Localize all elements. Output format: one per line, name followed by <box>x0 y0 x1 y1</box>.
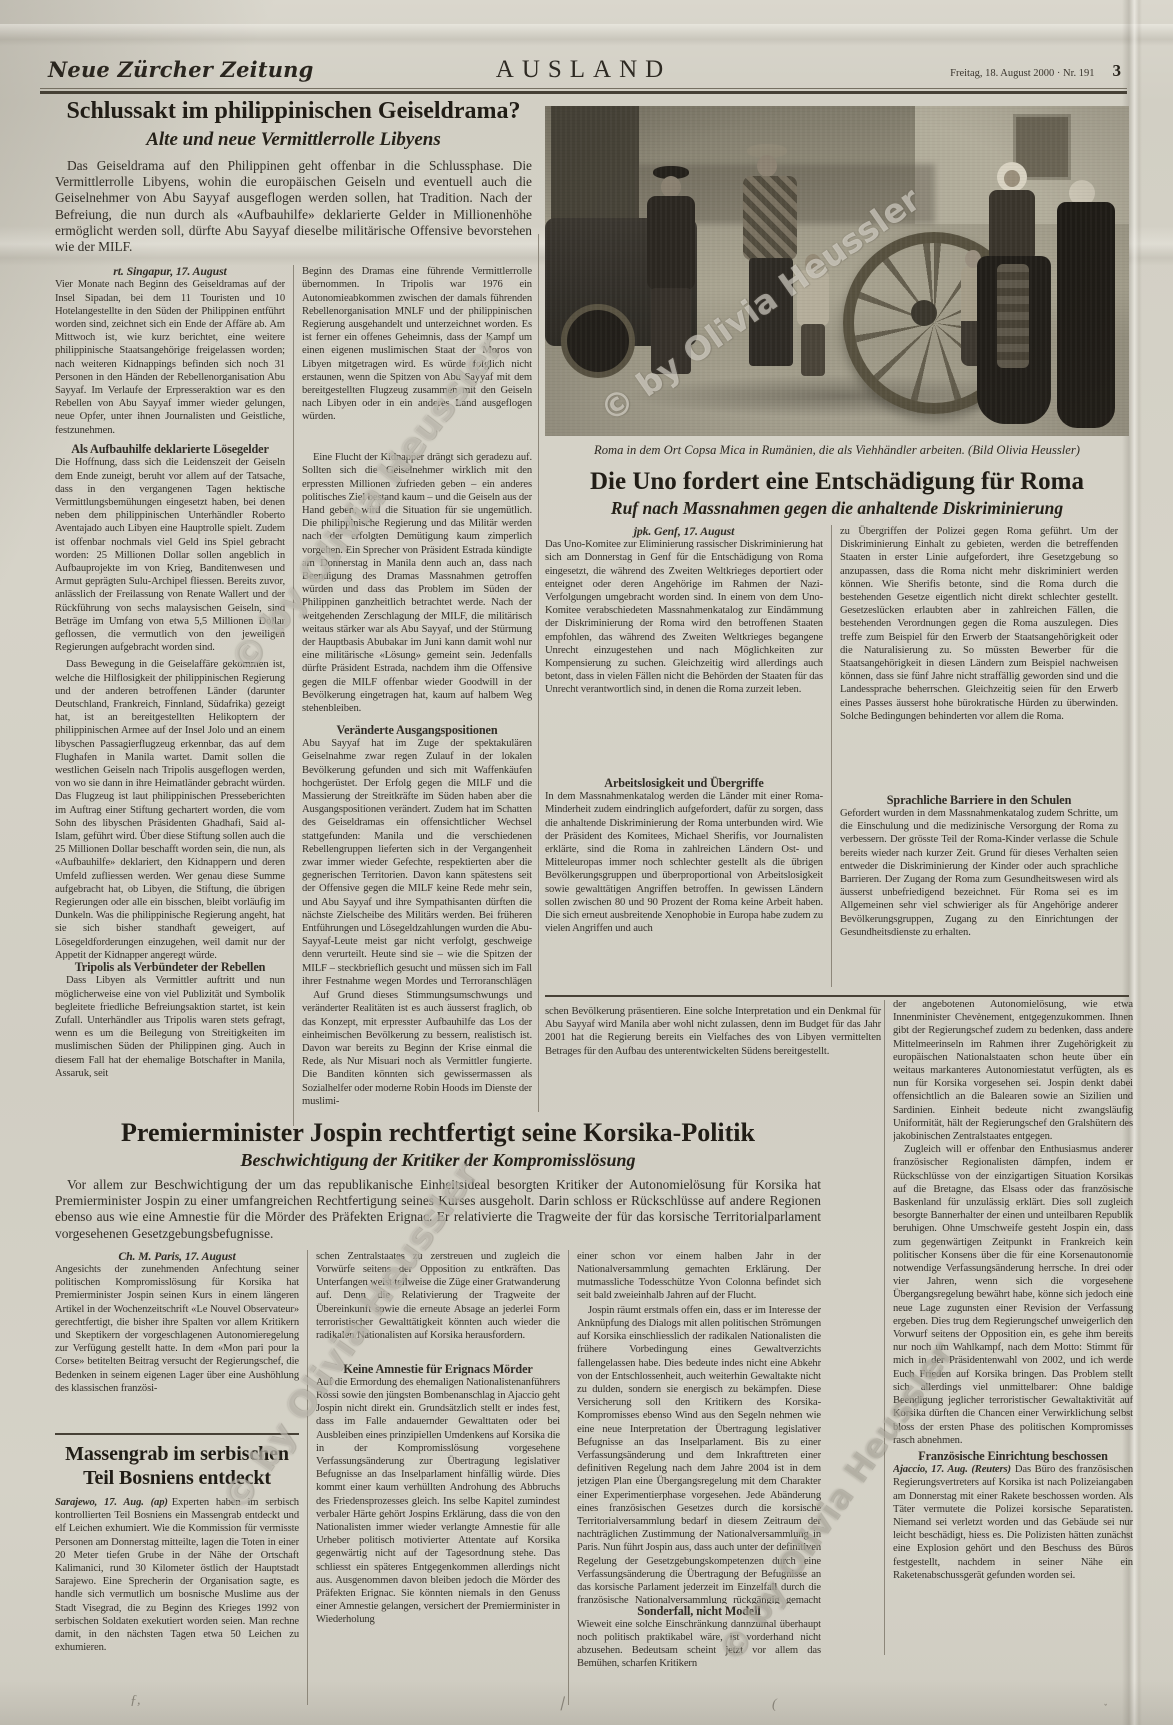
article-rule <box>55 1433 299 1435</box>
subheading: Sonderfall, nicht Modell <box>577 1604 821 1618</box>
subheading: Tripolis als Verbündeter der Rebellen <box>55 960 285 974</box>
article-subtitle: Alte und neue Vermittlerrolle Libyens <box>55 128 532 151</box>
column-2: Beginn des Dramas eine führende Vermittl… <box>302 265 532 1126</box>
paragraph: Abu Sayyaf hat im Zuge der spektakulären… <box>302 737 532 989</box>
paragraph: schen Zentralstaates zu zerstreuen und z… <box>316 1250 560 1342</box>
paragraph: Vier Monate nach Beginn des Geiseldramas… <box>55 278 285 436</box>
section-rule <box>545 995 1129 997</box>
subheading: Keine Amnestie für Erignacs Mörder <box>316 1362 560 1376</box>
paragraph: Dass Bewegung in die Geiselaffäre gekomm… <box>55 658 285 960</box>
article-byline: Sarajewo, 17. Aug. (ap) <box>55 1497 168 1508</box>
column-1: rt. Singapur, 17. August Vier Monate nac… <box>55 265 285 1126</box>
article-bosnia: Massengrab im serbischen Teil Bosniens e… <box>55 1433 299 1654</box>
paragraph: Die Hoffnung, dass sich die Leidenszeit … <box>55 456 285 654</box>
article-byline: jpk. Genf, 17. August <box>545 525 823 538</box>
pen-mark: ˯ <box>1104 1692 1109 1708</box>
jospin-right-column: der angebotenen Autonomielösung, wie etw… <box>893 998 1133 1658</box>
page-number: 3 <box>1113 61 1122 80</box>
article-byline: Ajaccio, 17. Aug. (Reuters) <box>893 1464 1011 1475</box>
right-block: © by Olivia Heussler Roma in dem Ort Cop… <box>545 106 1129 1058</box>
column-rule <box>293 265 294 1126</box>
paragraph: schen Bevölkerung präsentieren. Eine sol… <box>545 1005 881 1058</box>
paragraph: Angesichts der zunehmenden Anfechtung se… <box>55 1263 299 1395</box>
paragraph: Auf Grund dieses Stimmungsumschwungs und… <box>302 989 532 1108</box>
column-rule <box>884 1000 885 1655</box>
article-jospin: Premierminister Jospin rechtfertigt sein… <box>55 1118 821 1705</box>
paragraph: Auf die Ermordung des ehemaligen Nationa… <box>316 1376 560 1627</box>
article-photo: © by Olivia Heussler <box>545 106 1129 436</box>
paragraph-text: Experten haben im serbisch kontrollierte… <box>55 1497 299 1653</box>
column-2: zu Übergriffen der Polizei gegen Roma ge… <box>840 525 1118 987</box>
philippines-continuation: schen Bevölkerung präsentieren. Eine sol… <box>545 1005 881 1058</box>
paragraph: In dem Massnahmenkatalog werden die Länd… <box>545 790 823 935</box>
subheading: Veränderte Ausgangspositionen <box>302 723 532 737</box>
paragraph-text: Das Büro des französischen Regierungsver… <box>893 1464 1133 1581</box>
subheading: Sprachliche Barriere in den Schulen <box>840 793 1118 807</box>
column-rule <box>538 234 539 1112</box>
paragraph: Sarajewo, 17. Aug. (ap)Experten haben im… <box>55 1496 299 1654</box>
column-1: jpk. Genf, 17. August Das Uno-Komitee zu… <box>545 525 823 987</box>
paragraph: der angebotenen Autonomielösung, wie etw… <box>893 998 1133 1143</box>
paragraph: Eine Flucht der Kidnapper drängt sich ge… <box>302 451 532 715</box>
paragraph: Das Uno-Komitee zur Eliminierung rassisc… <box>545 538 823 696</box>
column-rule <box>831 525 832 987</box>
article-lead: Das Geiseldrama auf den Philippinen geht… <box>55 158 532 255</box>
masthead: Neue Zürcher Zeitung AUSLAND Freitag, 18… <box>40 44 1127 86</box>
paragraph: Dass Libyen als Vermittler auftritt und … <box>55 974 285 1080</box>
article-byline: rt. Singapur, 17. August <box>55 265 285 278</box>
paragraph: Wieweit eine solche Einschränkung dannzu… <box>577 1618 821 1671</box>
article-subtitle: Beschwichtigung der Kritiker der Komprom… <box>55 1149 821 1171</box>
article-headline: Die Uno fordert eine Entschädigung für R… <box>545 467 1129 497</box>
article-headline: Premierminister Jospin rechtfertigt sein… <box>55 1118 821 1148</box>
article-lead: Vor allem zur Beschwichtigung der um das… <box>55 1177 821 1242</box>
article-headline: Schlussakt im philippinischen Geiseldram… <box>55 96 532 126</box>
paragraph: einer schon vor einem halben Jahr in der… <box>577 1250 821 1303</box>
newspaper-page: Neue Zürcher Zeitung AUSLAND Freitag, 18… <box>0 0 1173 1725</box>
article-uno: Die Uno fordert eine Entschädigung für R… <box>545 467 1129 987</box>
dateline: Freitag, 18. August 2000 · Nr. 1913 <box>950 61 1121 81</box>
pen-mark: ❘ <box>556 1695 568 1712</box>
pen-mark: ƒ, <box>130 1693 141 1709</box>
column-2: schen Zentralstaates zu zerstreuen und z… <box>316 1250 560 1705</box>
column-1: Ch. M. Paris, 17. August Angesichts der … <box>55 1250 299 1705</box>
paragraph: Jospin räumt erstmals offen ein, dass er… <box>577 1304 821 1604</box>
subheading: Arbeitslosigkeit und Übergriffe <box>545 776 823 790</box>
masthead-rule-heavy <box>40 91 1127 94</box>
paragraph: Zugleich will er offenbar den Enthusiasm… <box>893 1143 1133 1447</box>
article-philippines: Schlussakt im philippinischen Geiseldram… <box>55 96 532 1126</box>
paragraph: zu Übergriffen der Polizei gegen Roma ge… <box>840 525 1118 723</box>
article-subtitle: Ruf nach Massnahmen gegen die anhaltende… <box>545 498 1129 519</box>
article-byline: Ch. M. Paris, 17. August <box>55 1250 299 1263</box>
date-issue: Freitag, 18. August 2000 · Nr. 191 <box>950 68 1094 79</box>
photo-caption: Roma in dem Ort Copsa Mica in Rumänien, … <box>545 443 1129 458</box>
column-rule <box>307 1250 308 1705</box>
subheading: Französische Einrichtung beschossen <box>893 1449 1133 1463</box>
article-headline: Massengrab im serbischen Teil Bosniens e… <box>55 1442 299 1490</box>
paper-crease <box>0 24 1173 46</box>
column-rule <box>568 1250 569 1705</box>
column-3: einer schon vor einem halben Jahr in der… <box>577 1250 821 1705</box>
subheading: Als Aufbauhilfe deklarierte Lösegelder <box>55 442 285 456</box>
paragraph: Ajaccio, 17. Aug. (Reuters)Das Büro des … <box>893 1463 1133 1582</box>
paragraph: Beginn des Dramas eine führende Vermittl… <box>302 265 532 423</box>
paragraph: Gefordert wurden in dem Massnahmenkatalo… <box>840 807 1118 939</box>
masthead-rule <box>40 88 1127 89</box>
pen-mark: ( <box>772 1697 777 1713</box>
photo-vignette <box>545 106 1129 436</box>
